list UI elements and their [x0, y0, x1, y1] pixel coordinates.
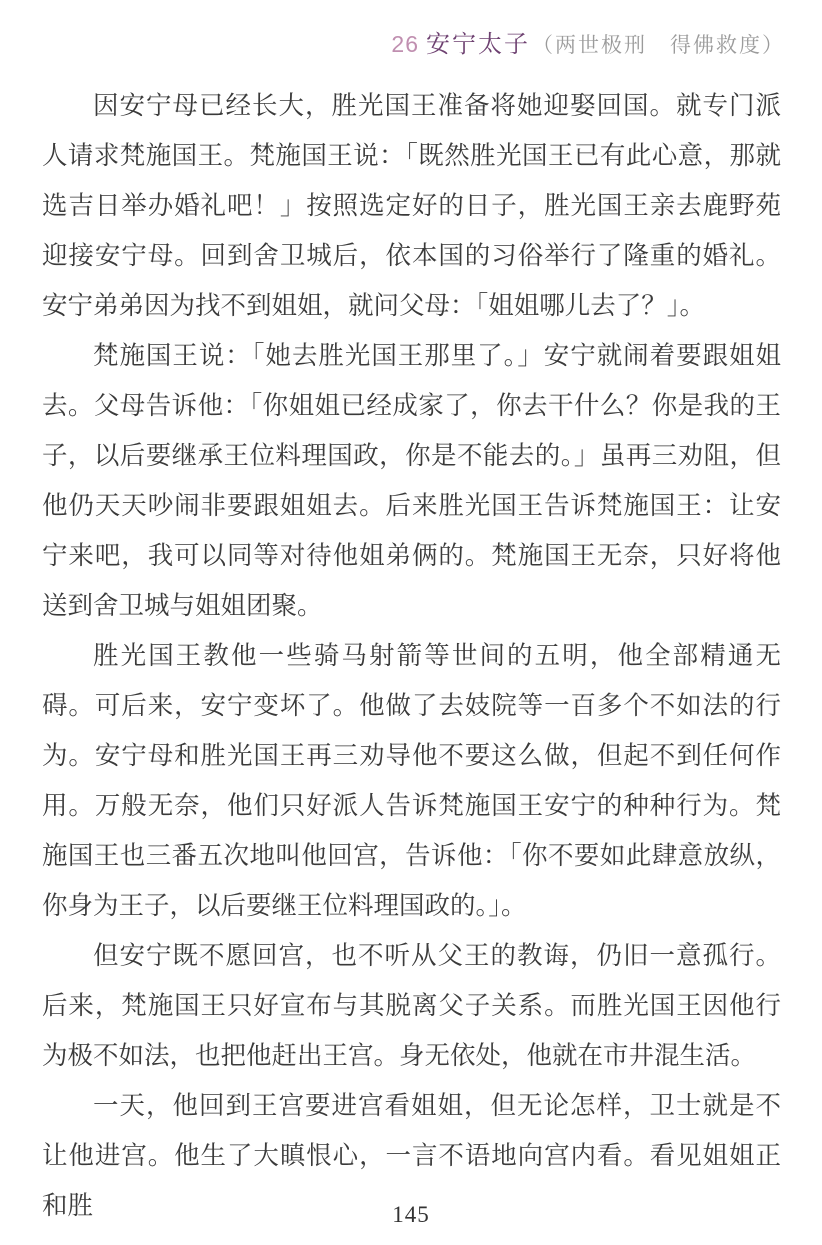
chapter-subtitle: （两世极刑 得佛救度）: [532, 29, 785, 59]
chapter-title: 安宁太子: [426, 24, 530, 59]
page-number: 145: [0, 1202, 822, 1228]
running-header: 26 安宁太子 （两世极刑 得佛救度）: [391, 24, 785, 59]
chapter-number: 26: [391, 31, 419, 58]
body-paragraph: 梵施国王说：「她去胜光国王那里了。」安宁就闹着要跟姐姐去。父母告诉他：「你姐姐已…: [42, 331, 781, 631]
body-paragraph: 胜光国王教他一些骑马射箭等世间的五明，他全部精通无碍。可后来，安宁变坏了。他做了…: [42, 631, 781, 931]
body-text: 因安宁母已经长大，胜光国王准备将她迎娶回国。就专门派人请求梵施国王。梵施国王说：…: [42, 81, 781, 1231]
book-page: 26 安宁太子 （两世极刑 得佛救度） 因安宁母已经长大，胜光国王准备将她迎娶回…: [0, 0, 822, 1245]
body-paragraph: 但安宁既不愿回宫，也不听从父王的教诲，仍旧一意孤行。后来，梵施国王只好宣布与其脱…: [42, 931, 781, 1081]
body-paragraph: 因安宁母已经长大，胜光国王准备将她迎娶回国。就专门派人请求梵施国王。梵施国王说：…: [42, 81, 781, 331]
